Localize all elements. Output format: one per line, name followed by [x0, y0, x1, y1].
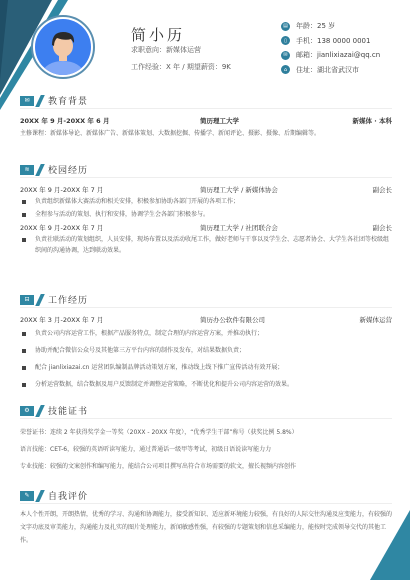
- section-title: 技能证书: [48, 404, 88, 417]
- age-icon: ▤: [281, 22, 290, 31]
- honor-certificates: 荣誉证书：连续 2 年获得奖学金一等奖（20XX - 20XX 年度），“优秀学…: [20, 427, 392, 438]
- contact-list: ▤ 年龄：25 岁 ▯ 手机：138 0000 0001 ✉ 邮箱：jianli…: [281, 19, 380, 77]
- work-experience-salary: 工作经验：X 年 / 期望薪资：9K: [131, 62, 231, 72]
- section-education: ✉ 教育背景 20XX 年 9 月-20XX 年 6 月 简历理工大学 新媒体 …: [20, 95, 392, 139]
- list-item: 协助并配合微信公众号及其他第三方平台内容的制作及发布，对结果数据负责；: [20, 345, 392, 356]
- section-header: ≋ 校园经历: [20, 164, 392, 178]
- professional-skills: 专业技能：较强的文案创作和编写能力，能结合公司项目撰写出符合市场需要的软文，擅长…: [20, 461, 392, 472]
- person-icon: [35, 19, 91, 75]
- contact-address: ⌂ 住址：湖北省武汉市: [281, 63, 380, 78]
- entry-role: 副会长: [373, 185, 393, 194]
- school-name: 简历理工大学: [170, 116, 353, 125]
- self-evaluation-text: 本人个性开朗，开朗热情，优秀的学习、沟通和协调能力，接受新知识、适应新环境能力较…: [20, 508, 392, 547]
- section-campus: ≋ 校园经历 20XX 年 9 月-20XX 年 7 月 简历理工大学 / 新媒…: [20, 164, 392, 256]
- layers-icon: ≋: [20, 165, 34, 175]
- section-header: ⊟ 工作经历: [20, 294, 392, 308]
- contact-age: ▤ 年龄：25 岁: [281, 19, 380, 34]
- section-header: ✎ 自我评价: [20, 490, 392, 504]
- entry-period: 20XX 年 9 月-20XX 年 7 月: [20, 223, 170, 232]
- entry-role: 副会长: [373, 223, 393, 232]
- list-item: 分析运营数据，结合数据及用户反馈制定并调整运营策略，不断优化和提升公司内容运营的…: [20, 379, 392, 390]
- slash-decoration: [35, 490, 45, 502]
- entry-org: 简历理工大学 / 社团联合会: [170, 223, 373, 232]
- list-item: 全程参与活动的策划、执行和安排，协调学生会各部门积极参与。: [20, 209, 392, 220]
- work-period: 20XX 年 3 月-20XX 年 7 月: [20, 315, 170, 324]
- gear-icon: ⚙: [20, 406, 34, 416]
- section-header: ⚙ 技能证书: [20, 405, 392, 419]
- campus-entry-row: 20XX 年 9 月-20XX 年 7 月 简历理工大学 / 新媒体协会 副会长: [20, 184, 392, 194]
- major-degree: 新媒体 · 本科: [353, 116, 393, 125]
- list-item: 负责公司内容运营工作，根据产品服务特点，制定合理的内容运营方案，并推动执行；: [20, 328, 392, 339]
- section-title: 教育背景: [48, 94, 88, 107]
- mail-icon: ✉: [281, 51, 290, 60]
- slash-decoration: [35, 164, 45, 176]
- section-skills: ⚙ 技能证书 荣誉证书：连续 2 年获得奖学金一等奖（20XX - 20XX 年…: [20, 405, 392, 472]
- education-row: 20XX 年 9 月-20XX 年 6 月 简历理工大学 新媒体 · 本科: [20, 115, 392, 125]
- avatar: [31, 15, 95, 79]
- company-name: 简历办公软件有限公司: [170, 315, 360, 324]
- phone-icon: ▯: [281, 36, 290, 45]
- slash-decoration: [35, 95, 45, 107]
- entry-org: 简历理工大学 / 新媒体协会: [170, 185, 373, 194]
- slash-decoration: [35, 405, 45, 417]
- home-icon: ⌂: [281, 65, 290, 74]
- slash-decoration: [35, 294, 45, 306]
- contact-phone: ▯ 手机：138 0000 0001: [281, 34, 380, 49]
- section-title: 工作经历: [48, 293, 88, 306]
- work-role: 新媒体运营: [360, 315, 393, 324]
- section-title: 校园经历: [48, 163, 88, 176]
- candidate-name: 简小历: [131, 24, 185, 45]
- section-work: ⊟ 工作经历 20XX 年 3 月-20XX 年 7 月 简历办公软件有限公司 …: [20, 294, 392, 390]
- briefcase-icon: ⊟: [20, 295, 34, 305]
- work-entry-row: 20XX 年 3 月-20XX 年 7 月 简历办公软件有限公司 新媒体运营: [20, 314, 392, 324]
- language-skills: 语言技能：CET-6，较强的英语听读写能力，通过普通话一级甲等考试，初级日语说读…: [20, 444, 392, 455]
- contact-email: ✉ 邮箱：jianlixiazai@qq.cn: [281, 48, 380, 63]
- section-header: ✉ 教育背景: [20, 95, 392, 109]
- list-item: 负责组织新媒体大赛活动和相关安排，积极参加协助各部门开展的各项工作；: [20, 196, 392, 207]
- graduation-icon: ✉: [20, 96, 34, 106]
- list-item: 配合 jianlixiazai.cn 运营团队编制品牌活动策划方案，推动线上线下…: [20, 362, 392, 373]
- section-self-evaluation: ✎ 自我评价 本人个性开朗，开朗热情，优秀的学习、沟通和协调能力，接受新知识、适…: [20, 490, 392, 547]
- pen-icon: ✎: [20, 491, 34, 501]
- list-item: 负责社联活动的策划组织，人员安排，现场布置以及活动收尾工作，做好老师与干事以及学…: [20, 234, 392, 256]
- entry-period: 20XX 年 9 月-20XX 年 7 月: [20, 185, 170, 194]
- courses: 主修课程：新媒体导论、新媒体广告、新媒体策划、大数据挖掘、传播学、新闻评论、摄影…: [20, 128, 392, 139]
- education-period: 20XX 年 9 月-20XX 年 6 月: [20, 116, 170, 125]
- campus-entry-row: 20XX 年 9 月-20XX 年 7 月 简历理工大学 / 社团联合会 副会长: [20, 222, 392, 232]
- section-title: 自我评价: [48, 489, 88, 502]
- job-intention: 求职意向：新媒体运营: [131, 45, 201, 55]
